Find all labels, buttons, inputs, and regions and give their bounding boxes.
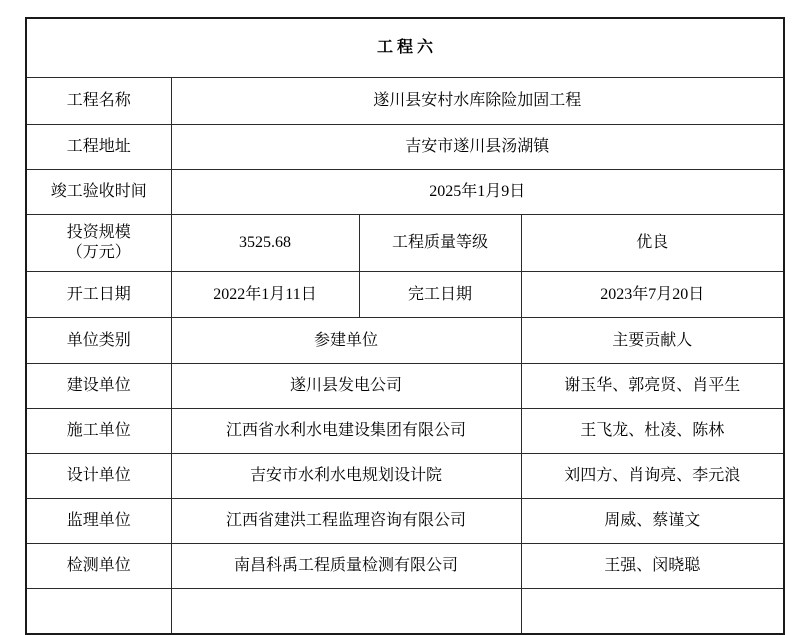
unit-category-header: 单位类别 <box>26 318 171 364</box>
project-table: 工 程 六 工程名称 遂川县安村水库除险加固工程 工程地址 吉安市遂川县汤湖镇 … <box>25 17 785 585</box>
construction-owner-unit: 遂川县发电公司 <box>171 364 521 409</box>
table-row: 工程地址 吉安市遂川县汤湖镇 <box>26 125 784 170</box>
table-row: 工 程 六 <box>26 18 784 78</box>
investment-value: 3525.68 <box>171 215 359 272</box>
quality-grade-value: 优良 <box>521 215 784 272</box>
table-row: 单位类别 参建单位 主要贡献人 <box>26 318 784 364</box>
acceptance-date-label: 竣工验收时间 <box>26 170 171 215</box>
start-date-value: 2022年1月11日 <box>171 272 359 318</box>
construction-owner-contributors: 谢玉华、郭亮贤、肖平生 <box>521 364 784 409</box>
table-row: 施工单位 江西省水利水电建设集团有限公司 王飞龙、杜凌、陈林 <box>26 409 784 454</box>
inspector-label: 检测单位 <box>26 544 171 586</box>
project-name-label: 工程名称 <box>26 78 171 125</box>
quality-grade-label: 工程质量等级 <box>359 215 521 272</box>
table-row: 投资规模 （万元） 3525.68 工程质量等级 优良 <box>26 215 784 272</box>
main-contributors-header: 主要贡献人 <box>521 318 784 364</box>
end-date-label: 完工日期 <box>359 272 521 318</box>
designer-label: 设计单位 <box>26 454 171 499</box>
table-row: 开工日期 2022年1月11日 完工日期 2023年7月20日 <box>26 272 784 318</box>
supervisor-contributors: 周威、蔡谨文 <box>521 499 784 544</box>
supervisor-unit: 江西省建洪工程监理咨询有限公司 <box>171 499 521 544</box>
inspector-contributors: 王强、闵晓聪 <box>521 544 784 586</box>
table-row: 工程名称 遂川县安村水库除险加固工程 <box>26 78 784 125</box>
builder-unit: 江西省水利水电建设集团有限公司 <box>171 409 521 454</box>
end-date-value: 2023年7月20日 <box>521 272 784 318</box>
investment-label-line1: 投资规模 <box>31 223 167 243</box>
table-row: 检测单位 南昌科禹工程质量检测有限公司 王强、闵晓聪 <box>26 544 784 586</box>
project-name-value: 遂川县安村水库除险加固工程 <box>171 78 784 125</box>
builder-contributors: 王飞龙、杜凌、陈林 <box>521 409 784 454</box>
table-row: 建设单位 遂川县发电公司 谢玉华、郭亮贤、肖平生 <box>26 364 784 409</box>
designer-contributors: 刘四方、肖询亮、李元浪 <box>521 454 784 499</box>
table-row: 竣工验收时间 2025年1月9日 <box>26 170 784 215</box>
investment-label-line2: （万元） <box>31 243 167 263</box>
investment-label: 投资规模 （万元） <box>26 215 171 272</box>
table-title: 工 程 六 <box>26 18 784 78</box>
table-row: 设计单位 吉安市水利水电规划设计院 刘四方、肖询亮、李元浪 <box>26 454 784 499</box>
project-info-sheet: 工 程 六 工程名称 遂川县安村水库除险加固工程 工程地址 吉安市遂川县汤湖镇 … <box>25 17 785 585</box>
table-row: 监理单位 江西省建洪工程监理咨询有限公司 周威、蔡谨文 <box>26 499 784 544</box>
designer-unit: 吉安市水利水电规划设计院 <box>171 454 521 499</box>
start-date-label: 开工日期 <box>26 272 171 318</box>
supervisor-label: 监理单位 <box>26 499 171 544</box>
acceptance-date-value: 2025年1月9日 <box>171 170 784 215</box>
project-address-value: 吉安市遂川县汤湖镇 <box>171 125 784 170</box>
participating-unit-header: 参建单位 <box>171 318 521 364</box>
construction-owner-label: 建设单位 <box>26 364 171 409</box>
builder-label: 施工单位 <box>26 409 171 454</box>
project-address-label: 工程地址 <box>26 125 171 170</box>
inspector-unit: 南昌科禹工程质量检测有限公司 <box>171 544 521 586</box>
